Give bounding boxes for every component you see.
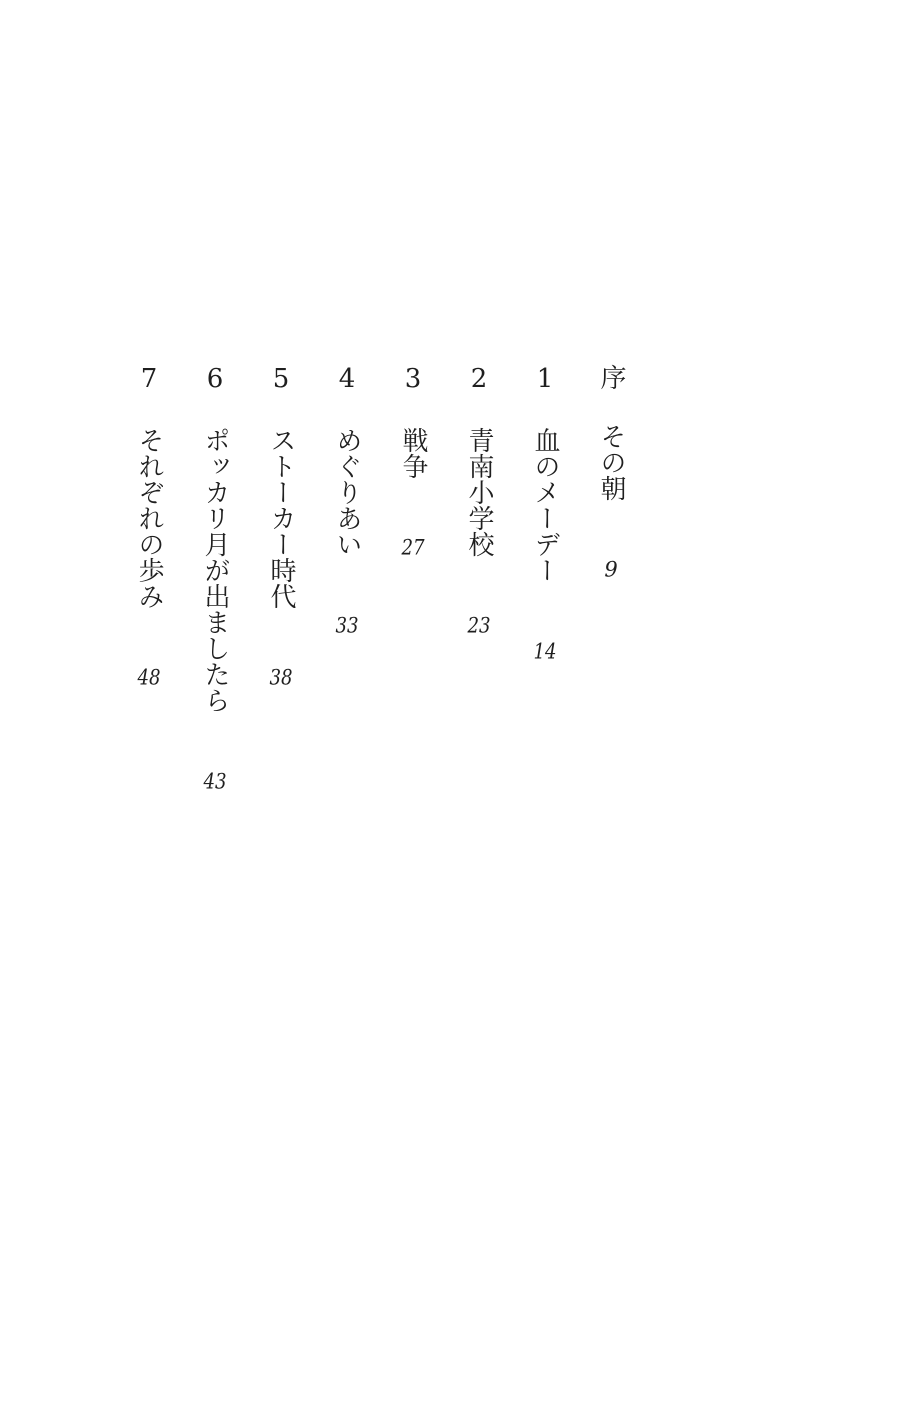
chapter-title: ポッカリ月が出ましたら bbox=[200, 427, 230, 713]
chapter-page-number: 43 bbox=[203, 771, 227, 792]
chapter-page-number: 14 bbox=[533, 641, 557, 662]
chapter-number: 6 bbox=[200, 364, 230, 394]
table-of-contents: 序その朝9 1血のメーデー14 2青南小学校23 3戦争27 4めぐりあい33 … bbox=[136, 364, 624, 924]
chapter-number: 2 bbox=[464, 364, 494, 394]
chapter-number: 3 bbox=[398, 364, 428, 394]
chapter-number: 4 bbox=[332, 364, 362, 394]
chapter-title: めぐりあい bbox=[332, 427, 362, 557]
toc-entry: 序その朝9 bbox=[598, 364, 624, 924]
chapter-title: 戦争 bbox=[398, 427, 428, 479]
toc-entry: 7それぞれの歩み48 bbox=[136, 364, 162, 924]
chapter-title: その朝 bbox=[596, 423, 626, 501]
chapter-page-number: 38 bbox=[269, 667, 293, 688]
book-page: 序その朝9 1血のメーデー14 2青南小学校23 3戦争27 4めぐりあい33 … bbox=[0, 0, 900, 1420]
chapter-page-number: 33 bbox=[335, 615, 359, 636]
toc-entry: 2青南小学校23 bbox=[466, 364, 492, 924]
chapter-number: 1 bbox=[530, 364, 560, 394]
toc-entry: 1血のメーデー14 bbox=[532, 364, 558, 924]
toc-entry: 3戦争27 bbox=[400, 364, 426, 924]
toc-entry: 6ポッカリ月が出ましたら43 bbox=[202, 364, 228, 924]
chapter-page-number: 48 bbox=[137, 667, 161, 688]
chapter-number: 序 bbox=[596, 364, 626, 390]
chapter-page-number: 9 bbox=[599, 559, 623, 580]
chapter-title: 血のメーデー bbox=[530, 427, 560, 583]
chapter-number: 5 bbox=[266, 364, 296, 394]
chapter-title: 青南小学校 bbox=[464, 427, 494, 557]
toc-entry: 4めぐりあい33 bbox=[334, 364, 360, 924]
chapter-title: それぞれの歩み bbox=[134, 427, 164, 609]
chapter-number: 7 bbox=[134, 364, 164, 394]
chapter-page-number: 27 bbox=[401, 537, 425, 558]
chapter-page-number: 23 bbox=[467, 615, 491, 636]
chapter-title: ストーカー時代 bbox=[266, 427, 296, 609]
toc-entry: 5ストーカー時代38 bbox=[268, 364, 294, 924]
